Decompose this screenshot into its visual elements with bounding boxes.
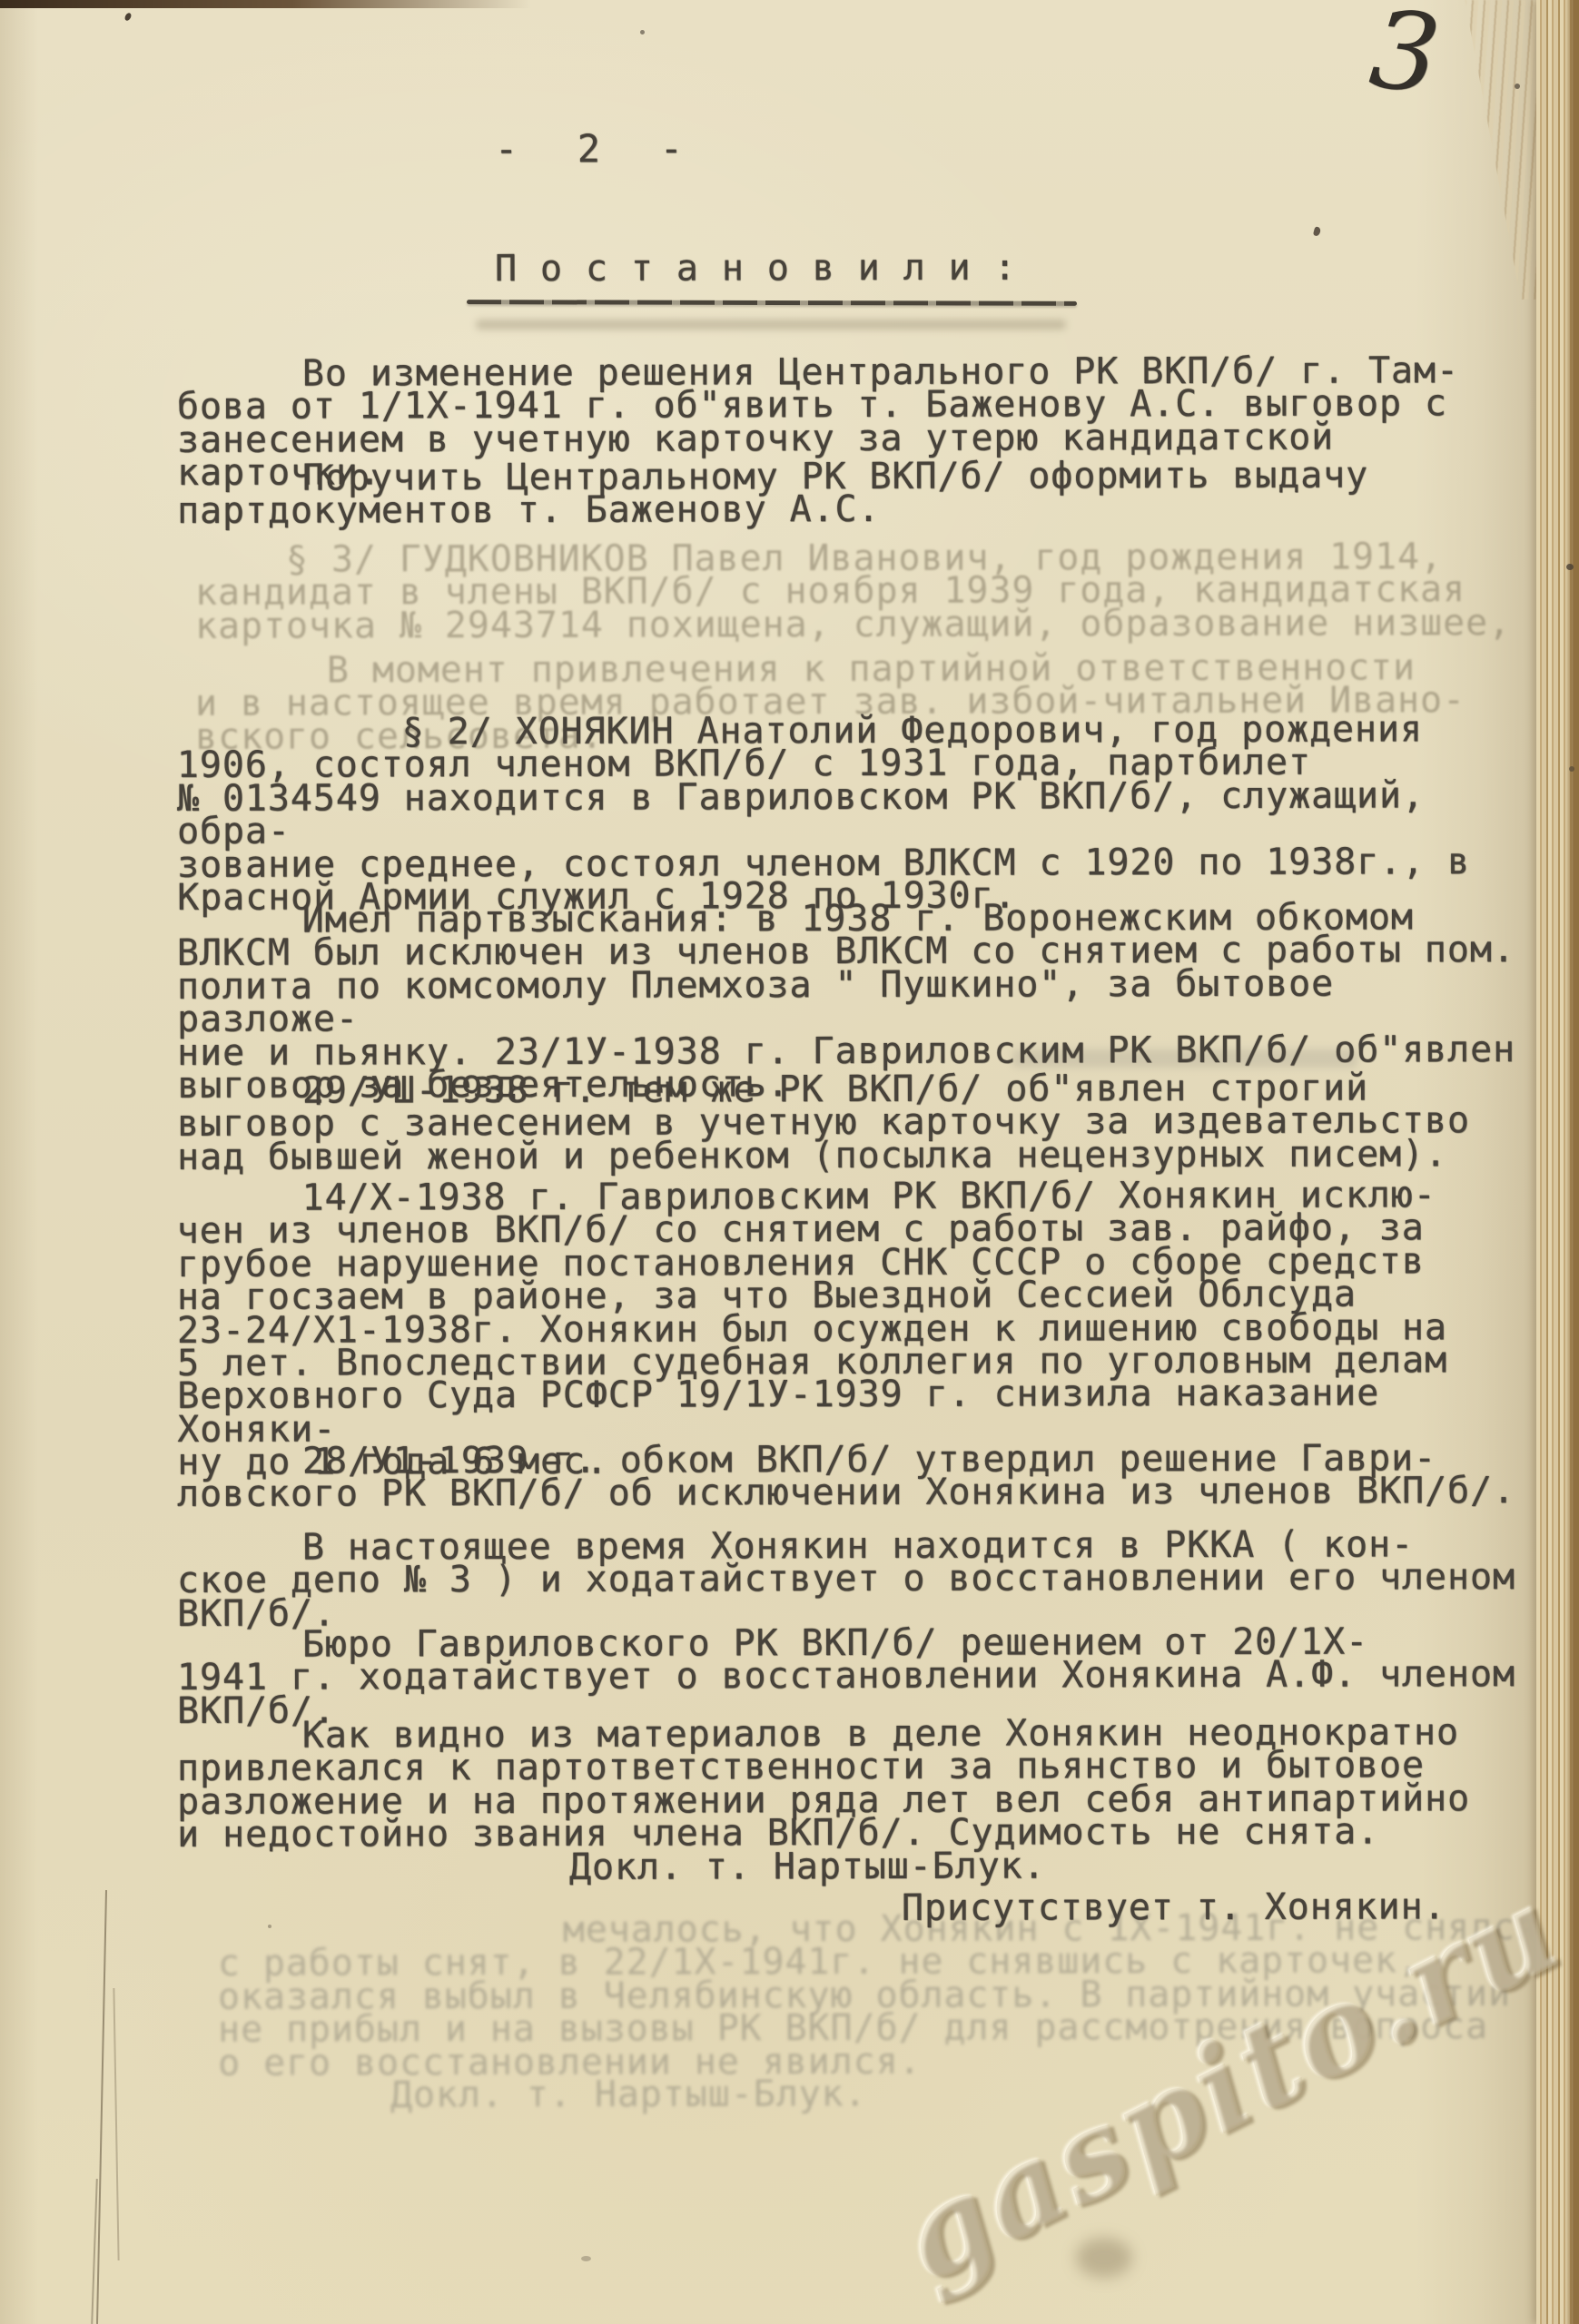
- paragraph-current-status-rkka: В настоящее время Хонякин находится в РК…: [177, 1528, 1521, 1630]
- paragraph-expulsion-conviction: 14/Х-1938 г. Гавриловским РК ВКП/б/ Хоня…: [177, 1178, 1522, 1480]
- ink-speck: [1566, 564, 1574, 570]
- ghost-docl-line: Докл. т. Нартыш-Блук.: [390, 2077, 1026, 2112]
- ink-speck: [1569, 766, 1574, 772]
- scan-top-edge: [0, 0, 531, 8]
- ink-speck: [640, 30, 645, 34]
- paragraph-obkom-confirmation: 28/У1-1939 г. обком ВКП/б/ утвердил реше…: [177, 1442, 1521, 1512]
- paragraph-instruct-rk: Поручить Центральному РК ВКП/б/ оформить…: [177, 458, 1521, 528]
- heading-underline-ghost: [476, 320, 1066, 330]
- ink-speck: [1313, 226, 1321, 236]
- ink-speck: [123, 12, 133, 22]
- paragraph-strict-reprimand: 29/УШ-1938 г. тем же РК ВКП/б/ об"явлен …: [177, 1071, 1521, 1174]
- page-stack-fan: [1443, 0, 1543, 300]
- page-number: - 2 -: [495, 132, 858, 165]
- paragraph-khonyakin-bio: § 2/ ХОНЯКИН Анатолий Федорович, год рож…: [177, 713, 1522, 914]
- paragraph-conclusion: Как видно из материалов в деле Хонякин н…: [177, 1716, 1521, 1851]
- ghost-paragraph-a: § 3/ ГУДКОВНИКОВ Павел Иванович, год рож…: [195, 540, 1539, 643]
- scanned-document-page: § 3/ ГУДКОВНИКОВ Павел Иванович, год рож…: [0, 0, 1579, 2324]
- document-heading: П о с т а н о в и л и :: [495, 251, 1312, 286]
- reporter-line: Докл. т. Нартыш-Блук.: [569, 1849, 1205, 1884]
- heading-underline: [467, 300, 1077, 306]
- ink-speck: [1515, 84, 1520, 89]
- paper-crease: [96, 1890, 107, 2324]
- handwritten-sheet-number: 3: [1366, 0, 1444, 105]
- ink-speck: [581, 2256, 591, 2261]
- paper-crease: [113, 1988, 119, 2260]
- paper-stain: [1076, 2238, 1132, 2278]
